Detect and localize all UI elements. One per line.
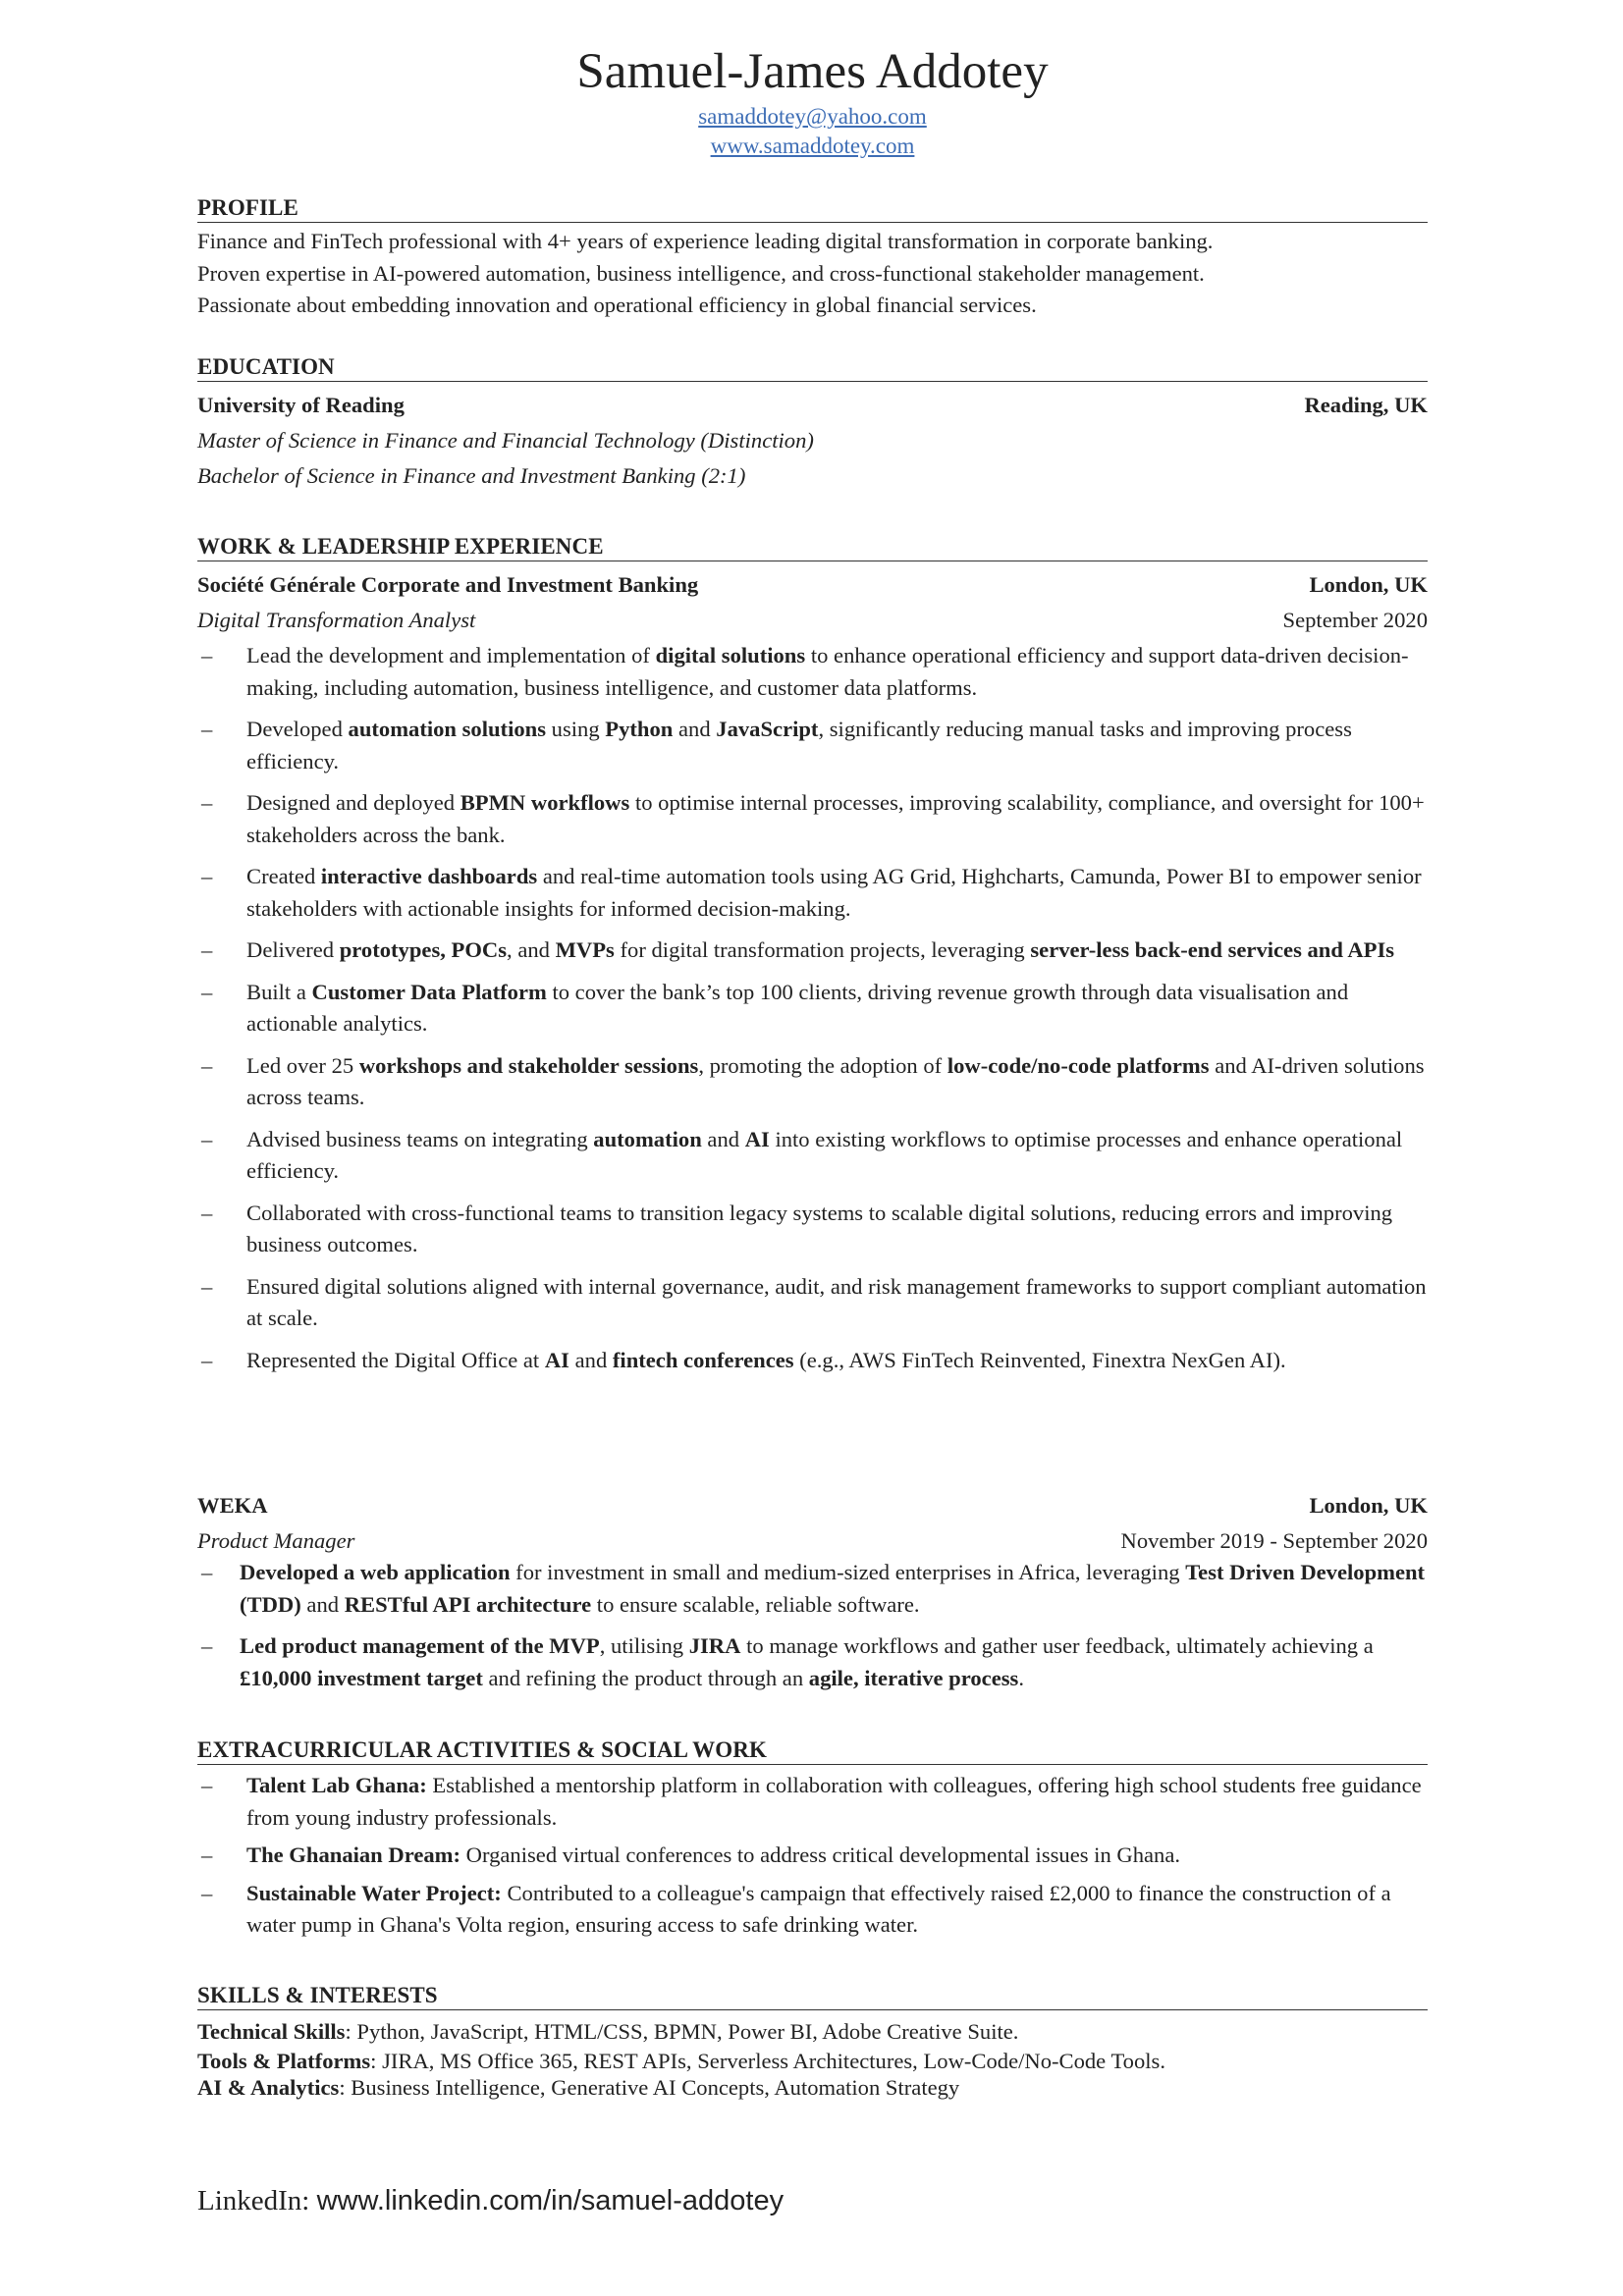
job-title: Digital Transformation Analyst <box>197 605 475 636</box>
bullet-text: to manage workflows and gather user feed… <box>740 1633 1373 1658</box>
bullet-text: Developed <box>246 717 349 741</box>
bold-text: £10,000 investment target <box>240 1666 483 1690</box>
bullet-text: to ensure scalable, reliable software. <box>591 1592 919 1617</box>
bullet-item: –Built a Customer Data Platform to cover… <box>197 977 1428 1041</box>
bullet-item: –Talent Lab Ghana: Established a mentors… <box>197 1770 1428 1834</box>
skill-row-technical: Technical Skills: Python, JavaScript, HT… <box>197 2015 1428 2048</box>
bullet-text: for digital transformation projects, lev… <box>615 937 1031 962</box>
skill-label: Tools & Platforms <box>197 2049 370 2073</box>
profile-summary: Finance and FinTech professional with 4+… <box>197 226 1428 322</box>
job-bullets-weka: –Developed a web application for investm… <box>197 1557 1428 1704</box>
dash-bullet-icon: – <box>201 1050 212 1083</box>
section-heading-profile: PROFILE <box>197 194 1428 223</box>
dash-bullet-icon: – <box>201 861 212 893</box>
bullet-text: Ensured digital solutions aligned with i… <box>246 1274 1427 1331</box>
bullet-item: –Collaborated with cross-functional team… <box>197 1198 1428 1261</box>
bold-text: fintech conferences <box>613 1348 794 1372</box>
section-heading-skills: SKILLS & INTERESTS <box>197 1982 1428 2010</box>
skill-value: : Python, JavaScript, HTML/CSS, BPMN, Po… <box>345 2019 1018 2044</box>
bullet-item: –Ensured digital solutions aligned with … <box>197 1271 1428 1335</box>
company-name: Société Générale Corporate and Investmen… <box>197 569 698 601</box>
skill-value: : JIRA, MS Office 365, REST APIs, Server… <box>370 2049 1165 2073</box>
bullet-item: –Represented the Digital Office at AI an… <box>197 1345 1428 1377</box>
dash-bullet-icon: – <box>201 1124 212 1156</box>
bullet-item: –The Ghanaian Dream: Organised virtual c… <box>197 1840 1428 1872</box>
bullet-item: –Lead the development and implementation… <box>197 640 1428 704</box>
job-dates: November 2019 - September 2020 <box>1121 1525 1428 1557</box>
bullet-text: Collaborated with cross-functional teams… <box>246 1201 1392 1257</box>
bold-text: digital solutions <box>656 643 806 667</box>
website-line: www.samaddotey.com <box>197 132 1428 161</box>
bullet-text: Created <box>246 864 321 888</box>
skill-value: : Business Intelligence, Generative AI C… <box>339 2075 959 2100</box>
degree-row: Master of Science in Finance and Financi… <box>197 425 1428 456</box>
dash-bullet-icon: – <box>201 934 212 967</box>
degree-bachelors: Bachelor of Science in Finance and Inves… <box>197 460 745 492</box>
bold-text: Customer Data Platform <box>312 980 547 1004</box>
bold-text: JavaScript <box>716 717 818 741</box>
skill-label: Technical Skills <box>197 2019 345 2044</box>
degree-masters: Master of Science in Finance and Financi… <box>197 425 814 456</box>
bold-text: The Ghanaian Dream: <box>246 1842 460 1867</box>
extracurricular-list: –Talent Lab Ghana: Established a mentors… <box>197 1770 1428 1948</box>
bullet-text: , and <box>507 937 556 962</box>
dash-bullet-icon: – <box>201 1271 212 1304</box>
bullet-text: Represented the Digital Office at <box>246 1348 545 1372</box>
job-subheader-societe-generale: Digital Transformation Analyst September… <box>197 605 1428 636</box>
bold-text: Led product management of the MVP <box>240 1633 600 1658</box>
bold-text: MVPs <box>556 937 615 962</box>
education-header: University of Reading Reading, UK <box>197 390 1428 421</box>
bullet-text: Built a <box>246 980 312 1004</box>
profile-line: Passionate about embedding innovation an… <box>197 290 1428 322</box>
dash-bullet-icon: – <box>201 977 212 1009</box>
bullet-text: for investment in small and medium-sized… <box>511 1560 1186 1584</box>
linkedin-url[interactable]: www.linkedin.com/in/samuel-addotey <box>317 2185 784 2216</box>
bullet-text: and <box>569 1348 613 1372</box>
profile-line: Finance and FinTech professional with 4+… <box>197 226 1428 258</box>
bullet-text: , utilising <box>600 1633 689 1658</box>
job-bullets-societe-generale: –Lead the development and implementation… <box>197 640 1428 1386</box>
bullet-text: Led over 25 <box>246 1053 359 1078</box>
bold-text: agile, iterative process <box>809 1666 1019 1690</box>
bullet-item: –Led over 25 workshops and stakeholder s… <box>197 1050 1428 1114</box>
section-heading-experience: WORK & LEADERSHIP EXPERIENCE <box>197 533 1428 561</box>
bullet-text: using <box>546 717 605 741</box>
bullet-text: Designed and deployed <box>246 790 460 815</box>
dash-bullet-icon: – <box>201 1840 212 1872</box>
bold-text: Developed a web application <box>240 1560 511 1584</box>
bullet-item: –Created interactive dashboards and real… <box>197 861 1428 925</box>
skills-list: Technical Skills: Python, JavaScript, HT… <box>197 2015 1428 2101</box>
bold-text: automation solutions <box>349 717 547 741</box>
bold-text: AI <box>745 1127 770 1151</box>
bullet-text: (e.g., AWS FinTech Reinvented, Finextra … <box>794 1348 1286 1372</box>
job-title: Product Manager <box>197 1525 354 1557</box>
dash-bullet-icon: – <box>201 787 212 820</box>
degree-row: Bachelor of Science in Finance and Inves… <box>197 460 1428 492</box>
dash-bullet-icon: – <box>201 1630 212 1663</box>
bold-text: AI <box>545 1348 569 1372</box>
job-location: London, UK <box>1309 1490 1428 1522</box>
dash-bullet-icon: – <box>201 640 212 672</box>
company-name: WEKA <box>197 1490 268 1522</box>
bullet-text: and <box>702 1127 745 1151</box>
bold-text: Python <box>605 717 673 741</box>
bold-text: RESTful API architecture <box>345 1592 591 1617</box>
bullet-item: –Developed automation solutions using Py… <box>197 714 1428 777</box>
bold-text: Talent Lab Ghana: <box>246 1773 427 1797</box>
bold-text: prototypes, POCs <box>340 937 507 962</box>
section-heading-extracurricular: EXTRACURRICULAR ACTIVITIES & SOCIAL WORK <box>197 1736 1428 1765</box>
bullet-text: , promoting the adoption of <box>698 1053 947 1078</box>
bullet-text: and refining the product through an <box>483 1666 809 1690</box>
section-heading-education: EDUCATION <box>197 353 1428 382</box>
bullet-item: –Advised business teams on integrating a… <box>197 1124 1428 1188</box>
bullet-text: Delivered <box>246 937 340 962</box>
job-header-weka: WEKA London, UK <box>197 1490 1428 1522</box>
job-subheader-weka: Product Manager November 2019 - Septembe… <box>197 1525 1428 1557</box>
bold-text: automation <box>593 1127 701 1151</box>
bullet-text: and <box>301 1592 345 1617</box>
bullet-item: –Led product management of the MVP, util… <box>197 1630 1428 1694</box>
bold-text: interactive dashboards <box>321 864 537 888</box>
candidate-name: Samuel-James Addotey <box>197 43 1428 100</box>
bold-text: server-less back-end services and APIs <box>1030 937 1394 962</box>
dash-bullet-icon: – <box>201 714 212 746</box>
bullet-item: –Developed a web application for investm… <box>197 1557 1428 1621</box>
website-link[interactable]: www.samaddotey.com <box>711 133 915 158</box>
linkedin-label: LinkedIn: <box>197 2185 317 2216</box>
job-location: London, UK <box>1309 569 1428 601</box>
institution-location: Reading, UK <box>1304 390 1428 421</box>
job-header-societe-generale: Société Générale Corporate and Investmen… <box>197 569 1428 601</box>
email-link[interactable]: samaddotey@yahoo.com <box>698 104 927 129</box>
institution-name: University of Reading <box>197 390 405 421</box>
dash-bullet-icon: – <box>201 1345 212 1377</box>
bold-text: low-code/no-code platforms <box>947 1053 1210 1078</box>
linkedin-footer: LinkedIn: www.linkedin.com/in/samuel-add… <box>197 2184 784 2217</box>
bold-text: JIRA <box>689 1633 741 1658</box>
dash-bullet-icon: – <box>201 1770 212 1802</box>
bullet-text: Advised business teams on integrating <box>246 1127 593 1151</box>
bold-text: workshops and stakeholder sessions <box>359 1053 699 1078</box>
bullet-text: Organised virtual conferences to address… <box>460 1842 1180 1867</box>
bullet-text: . <box>1018 1666 1024 1690</box>
skill-row-tools: Tools & Platforms: JIRA, MS Office 365, … <box>197 2048 1428 2074</box>
bold-text: Sustainable Water Project: <box>246 1881 502 1905</box>
skill-label: AI & Analytics <box>197 2075 339 2100</box>
bullet-item: –Sustainable Water Project: Contributed … <box>197 1878 1428 1942</box>
bullet-text: and <box>673 717 716 741</box>
email-line: samaddotey@yahoo.com <box>197 102 1428 132</box>
dash-bullet-icon: – <box>201 1198 212 1230</box>
skill-row-ai: AI & Analytics: Business Intelligence, G… <box>197 2074 1428 2101</box>
job-dates: September 2020 <box>1283 605 1428 636</box>
dash-bullet-icon: – <box>201 1878 212 1910</box>
profile-line: Proven expertise in AI-powered automatio… <box>197 258 1428 291</box>
dash-bullet-icon: – <box>201 1557 212 1589</box>
bullet-item: –Designed and deployed BPMN workflows to… <box>197 787 1428 851</box>
bullet-text: Lead the development and implementation … <box>246 643 656 667</box>
bullet-item: –Delivered prototypes, POCs, and MVPs fo… <box>197 934 1428 967</box>
bold-text: BPMN workflows <box>460 790 630 815</box>
